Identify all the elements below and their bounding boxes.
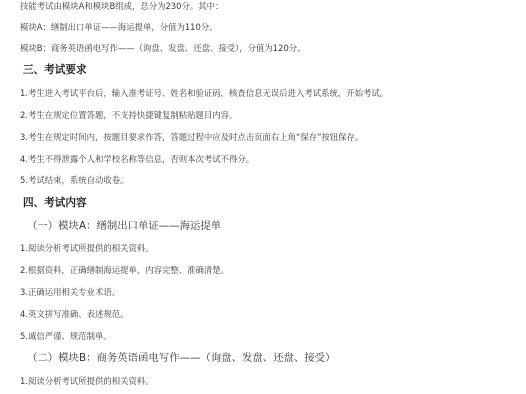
intro-summary: 技能考试由模块A和模块B组成，总分为230分。其中： xyxy=(20,0,223,12)
section3-item-1: 1.考生进入考试平台后，输入准考证号、姓名和验证码，核查信息无误后进入考试系统，… xyxy=(20,87,388,99)
module-a-item-4: 4.英文拼写准确、表述规范。 xyxy=(20,308,129,320)
module-a-title: （一）模块A：缮制出口单证——海运提单 xyxy=(27,219,221,233)
module-a-item-5: 5.诚信严谨、规范制单。 xyxy=(20,330,112,342)
module-a-item-3: 3.正确运用相关专业术语。 xyxy=(20,286,120,298)
section3-item-2: 2.考生在规定位置答题，不支持快捷键复制粘贴题目内容。 xyxy=(20,109,237,121)
module-b-item-1: 1.阅读分析考试所提供的相关资料。 xyxy=(20,375,154,387)
section3-item-3: 3.考生在规定时间内，按题目要求作答，答题过程中应及时点击页面右上角“保存”按钮… xyxy=(20,131,363,143)
section3-item-4: 4.考生不得泄露个人和学校名称等信息，否则本次考试不得分。 xyxy=(20,153,254,165)
intro-module-b: 模块B：商务英语函电写作——（询盘、发盘、还盘、接受），分值为120分。 xyxy=(20,42,306,54)
section3-heading: 三、考试要求 xyxy=(23,63,87,77)
section3-item-5: 5.考试结束，系统自动收卷。 xyxy=(20,174,129,186)
module-a-item-2: 2.根据资料，正确缮制海运提单，内容完整、准确清楚。 xyxy=(20,264,229,276)
module-b-title: （二）模块B：商务英语函电写作——（询盘、发盘、还盘、接受） xyxy=(27,351,335,365)
module-a-item-1: 1.阅读分析考试所提供的相关资料。 xyxy=(20,242,154,254)
section4-heading: 四、考试内容 xyxy=(23,196,87,210)
intro-module-a: 模块A：缮制出口单证——海运提单，分值为110分。 xyxy=(20,21,218,33)
